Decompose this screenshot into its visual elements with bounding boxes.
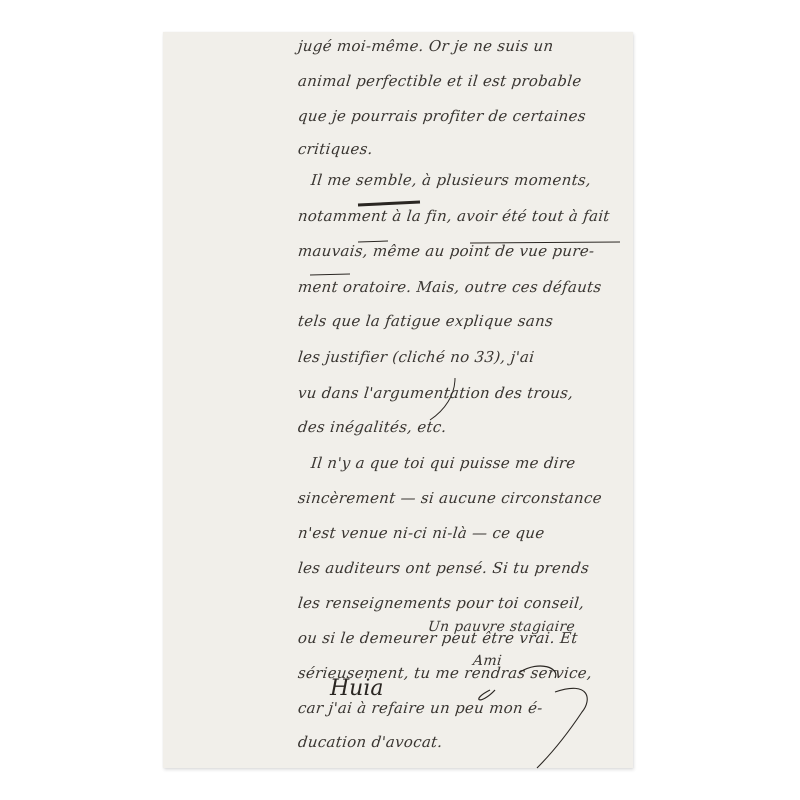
signature-flourish xyxy=(0,0,800,800)
